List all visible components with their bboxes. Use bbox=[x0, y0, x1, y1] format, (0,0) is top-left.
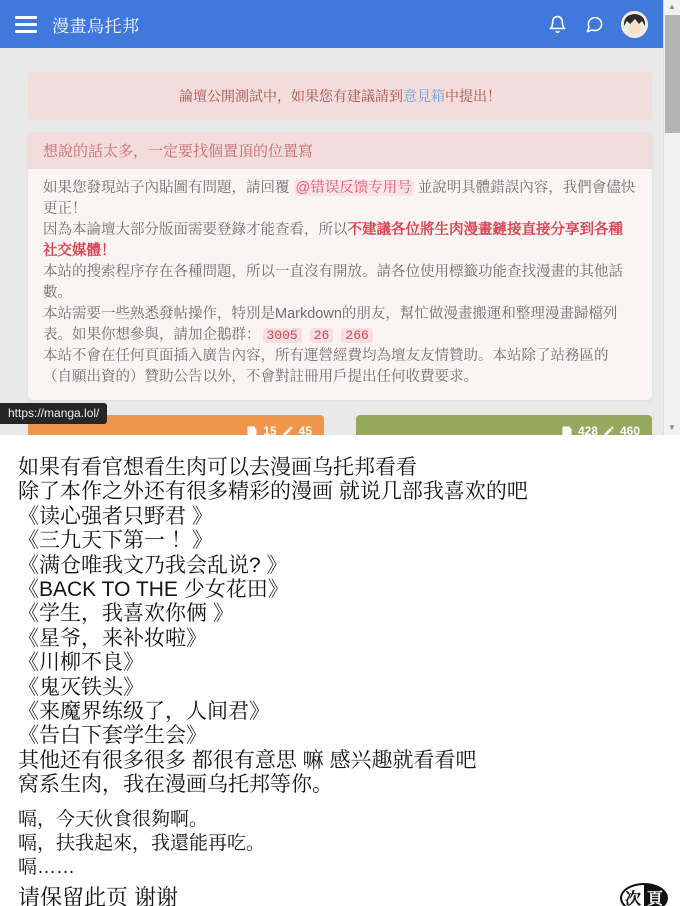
hamburger-menu-icon[interactable] bbox=[15, 16, 37, 33]
pinned-panel-title: 想說的話太多，一定要找個置頂的位置寫 bbox=[28, 132, 652, 169]
credit-line: 窝系生肉，我在漫画乌托邦等你。 bbox=[18, 773, 668, 797]
text-code: 26 bbox=[310, 328, 334, 343]
header-actions bbox=[547, 11, 648, 38]
credit-line: 《星爷，来补妆啦》 bbox=[18, 627, 668, 651]
pinned-announcement-panel: 想說的話太多，一定要找個置頂的位置寫 如果您發現站子內貼圖有問題，請回覆 @错误… bbox=[28, 132, 652, 400]
burp-line: 嗝，今天伙食很夠啊。 bbox=[18, 808, 668, 832]
category-card-newcomers[interactable]: 428 460 新人招待 剛剛加入的新人們，請到這裡發個帖子自我介紹下吧！ bbox=[356, 415, 652, 435]
next-badge-left: 次 bbox=[622, 885, 644, 906]
notice-text-pre: 論壇公開測試中，如果您有建議請到 bbox=[179, 88, 403, 104]
credit-line: 《来魔界练级了，人间君》 bbox=[18, 700, 668, 724]
pinned-paragraph: 如果您發現站子內貼圖有問題，請回覆 @错误反馈专用号 並說明具體錯誤內容，我們會… bbox=[43, 178, 637, 220]
credits-lines: 如果有看官想看生肉可以去漫画乌托邦看看除了本作之外还有很多精彩的漫画 就说几部我… bbox=[18, 456, 668, 798]
credit-line: 《学生，我喜欢你俩 》 bbox=[18, 602, 668, 626]
text-run: 如果您發現站子內貼圖有問題，請回覆 bbox=[43, 180, 294, 196]
credit-line: 《BACK TO THE 少女花田》 bbox=[18, 578, 668, 602]
replies-count: 45 bbox=[299, 424, 312, 435]
app-header: 漫畫烏托邦 bbox=[0, 0, 663, 48]
burp-lines: 嗝，今天伙食很夠啊。嗝，扶我起來，我還能再吃。嗝…… bbox=[18, 808, 668, 880]
credit-line: 《鬼灭铁头》 bbox=[18, 676, 668, 700]
scroll-up-icon[interactable]: ▲ bbox=[664, 0, 680, 14]
scrollbar-thumb[interactable] bbox=[665, 15, 680, 133]
pencil-icon bbox=[603, 425, 615, 435]
pinned-paragraphs: 如果您發現站子內貼圖有問題，請回覆 @错误反馈专用号 並說明具體錯誤內容，我們會… bbox=[28, 169, 652, 400]
credit-line: 《告白下套学生会》 bbox=[18, 724, 668, 748]
pinned-paragraph: 本站需要一些熟悉發帖操作，特別是Markdown的朋友，幫忙做漫畫搬運和整理漫畫… bbox=[43, 304, 637, 346]
pinned-paragraph: 本站不會在任何頁面插入廣告內容，所有運營經費均為壇友友情贊助。本站除了站務區的（… bbox=[43, 346, 637, 388]
card-stats: 15 45 bbox=[246, 424, 312, 435]
keep-page-note: 请保留此页 谢谢 bbox=[18, 885, 178, 906]
app-title: 漫畫烏托邦 bbox=[52, 12, 140, 37]
burp-line: 嗝，扶我起來，我還能再吃。 bbox=[18, 832, 668, 856]
credit-line: 《满仓唯我文乃我会乱说? 》 bbox=[18, 554, 668, 578]
suggestion-box-link[interactable]: 意見箱 bbox=[403, 88, 445, 104]
text-code: 3005 bbox=[263, 328, 302, 343]
forum-body: 論壇公開測試中，如果您有建議請到意見箱中提出！ 想說的話太多，一定要找個置頂的位… bbox=[28, 48, 652, 435]
topics-count: 15 bbox=[263, 424, 276, 435]
status-bar-link-preview: https://manga.lol/ bbox=[0, 403, 107, 424]
text-mention[interactable]: @错误反馈专用号 bbox=[294, 180, 414, 196]
topics-icon bbox=[561, 425, 573, 435]
credit-line: 其他还有很多很多 都很有意思 嘛 感兴趣就看看吧 bbox=[18, 749, 668, 773]
chat-icon[interactable] bbox=[584, 14, 604, 34]
next-page-badge: 次 頁 bbox=[620, 883, 668, 906]
text-run: 因為本論壇大部分版面需要登錄才能查看，所以 bbox=[43, 222, 348, 238]
notice-text-post: 中提出！ bbox=[445, 88, 501, 104]
credit-line: 《读心强者只野君 》 bbox=[18, 505, 668, 529]
credit-line: 如果有看官想看生肉可以去漫画乌托邦看看 bbox=[18, 456, 668, 480]
scrollbar[interactable]: ▲ ▼ bbox=[663, 0, 680, 435]
replies-count: 460 bbox=[620, 424, 640, 435]
bell-icon[interactable] bbox=[547, 14, 567, 34]
next-badge-right: 頁 bbox=[644, 885, 666, 906]
text-run: 本站不會在任何頁面插入廣告內容，所有運營經費均為壇友友情贊助。本站除了站務區的（… bbox=[43, 348, 609, 385]
credit-line: 《川柳不良》 bbox=[18, 651, 668, 675]
category-cards: 15 45 站務信息 發佈站務動態的地方 bbox=[28, 415, 652, 435]
text-run: 本站的搜索程序存在各種問題，所以一直沒有開放。請各位使用標籤功能查找漫畫的其他話… bbox=[43, 264, 623, 301]
topics-count: 428 bbox=[578, 424, 598, 435]
text-code: 266 bbox=[341, 328, 372, 343]
forum-screenshot: 漫畫烏托邦 ▲ bbox=[0, 0, 680, 435]
scroll-down-icon[interactable]: ▼ bbox=[664, 421, 680, 435]
pinned-paragraph: 因為本論壇大部分版面需要登錄才能查看，所以不建議各位將生肉漫畫鏈接直接分享到各種… bbox=[43, 220, 637, 262]
notice-banner: 論壇公開測試中，如果您有建議請到意見箱中提出！ bbox=[28, 72, 652, 120]
user-avatar[interactable] bbox=[621, 11, 648, 38]
topics-icon bbox=[246, 425, 258, 435]
burp-line: 嗝…… bbox=[18, 856, 668, 880]
pinned-paragraph: 本站的搜索程序存在各種問題，所以一直沒有開放。請各位使用標籤功能查找漫畫的其他話… bbox=[43, 262, 637, 304]
credit-line: 《三九天下第一 ！》 bbox=[18, 529, 668, 553]
pencil-icon bbox=[282, 425, 294, 435]
credit-line: 除了本作之外还有很多精彩的漫画 就说几部我喜欢的吧 bbox=[18, 480, 668, 504]
card-stats: 428 460 bbox=[561, 424, 640, 435]
translator-credits-page: 如果有看官想看生肉可以去漫画乌托邦看看除了本作之外还有很多精彩的漫画 就说几部我… bbox=[0, 435, 680, 906]
credits-footer: 请保留此页 谢谢 次 頁 bbox=[18, 883, 668, 906]
